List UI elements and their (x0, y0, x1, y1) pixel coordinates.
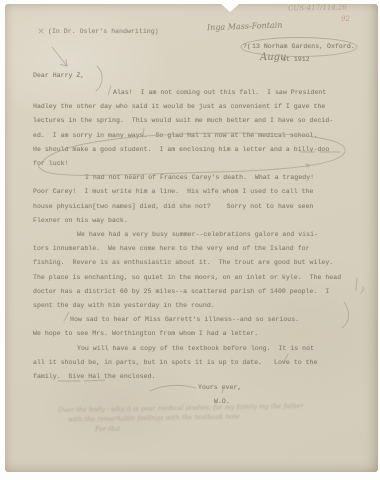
illegible-pencil-note-line: For Hal (95, 425, 120, 433)
date-typed-year: st 1912 (282, 56, 310, 63)
address-query-mark: ?( (243, 43, 251, 50)
body-line: We have had a very busy summer--celebrat… (33, 228, 353, 242)
body-line: all it should be, in parts, but in spots… (33, 356, 353, 370)
body-line: for luck! (33, 157, 353, 171)
archive-reference: CUS-417/114.26 (288, 3, 347, 12)
letter-body: Alas! I am not coming out this fall. I s… (33, 86, 353, 384)
body-line: doctor has a district 60 by 25 miles--a … (33, 285, 353, 299)
body-line: ed. I am sorry in many ways. So glad Hal… (33, 129, 353, 143)
body-line: fishing. Revere is as enthusiastic about… (33, 256, 353, 270)
body-line: house physician[two names] died, did she… (33, 200, 353, 214)
body-line: Alas! I am not coming out this fall. I s… (33, 86, 353, 100)
body-line: I had not heard of Frances Carey's death… (33, 171, 353, 185)
body-line: family. Give Hal the enclosed. (33, 370, 353, 384)
body-line: We hope to see Mrs. Worthington from who… (33, 327, 353, 341)
body-line: lectures in the spring. This would suit … (33, 114, 353, 128)
body-line: Hadley the other day who said it would b… (33, 100, 353, 114)
body-line: tors innumerable. We have come here to t… (33, 242, 353, 256)
address-line: 13 Norham Gardens, Oxford. (252, 43, 355, 50)
archive-reference-number: 92 (341, 15, 350, 23)
paper-tear-notch (221, 4, 239, 12)
body-line: spent the day with him yesterday in the … (33, 299, 353, 313)
salutation: Dear Harry Z, (33, 72, 84, 79)
body-line: The place is enchanting, so quiet in the… (33, 271, 353, 285)
body-line: Flexner on his way back. (33, 214, 353, 228)
body-line: How sad to hear of Miss Garrett's illnes… (33, 313, 353, 327)
curator-note: (In Dr. Osler's handwriting) (48, 28, 159, 35)
closing: Yours ever, (198, 384, 241, 391)
body-line: He should make a good student. I am encl… (33, 143, 353, 157)
body-line: You will have a copy of the textbook bef… (33, 342, 353, 356)
body-line: Poor Carey! I must write him a line. His… (33, 185, 353, 199)
